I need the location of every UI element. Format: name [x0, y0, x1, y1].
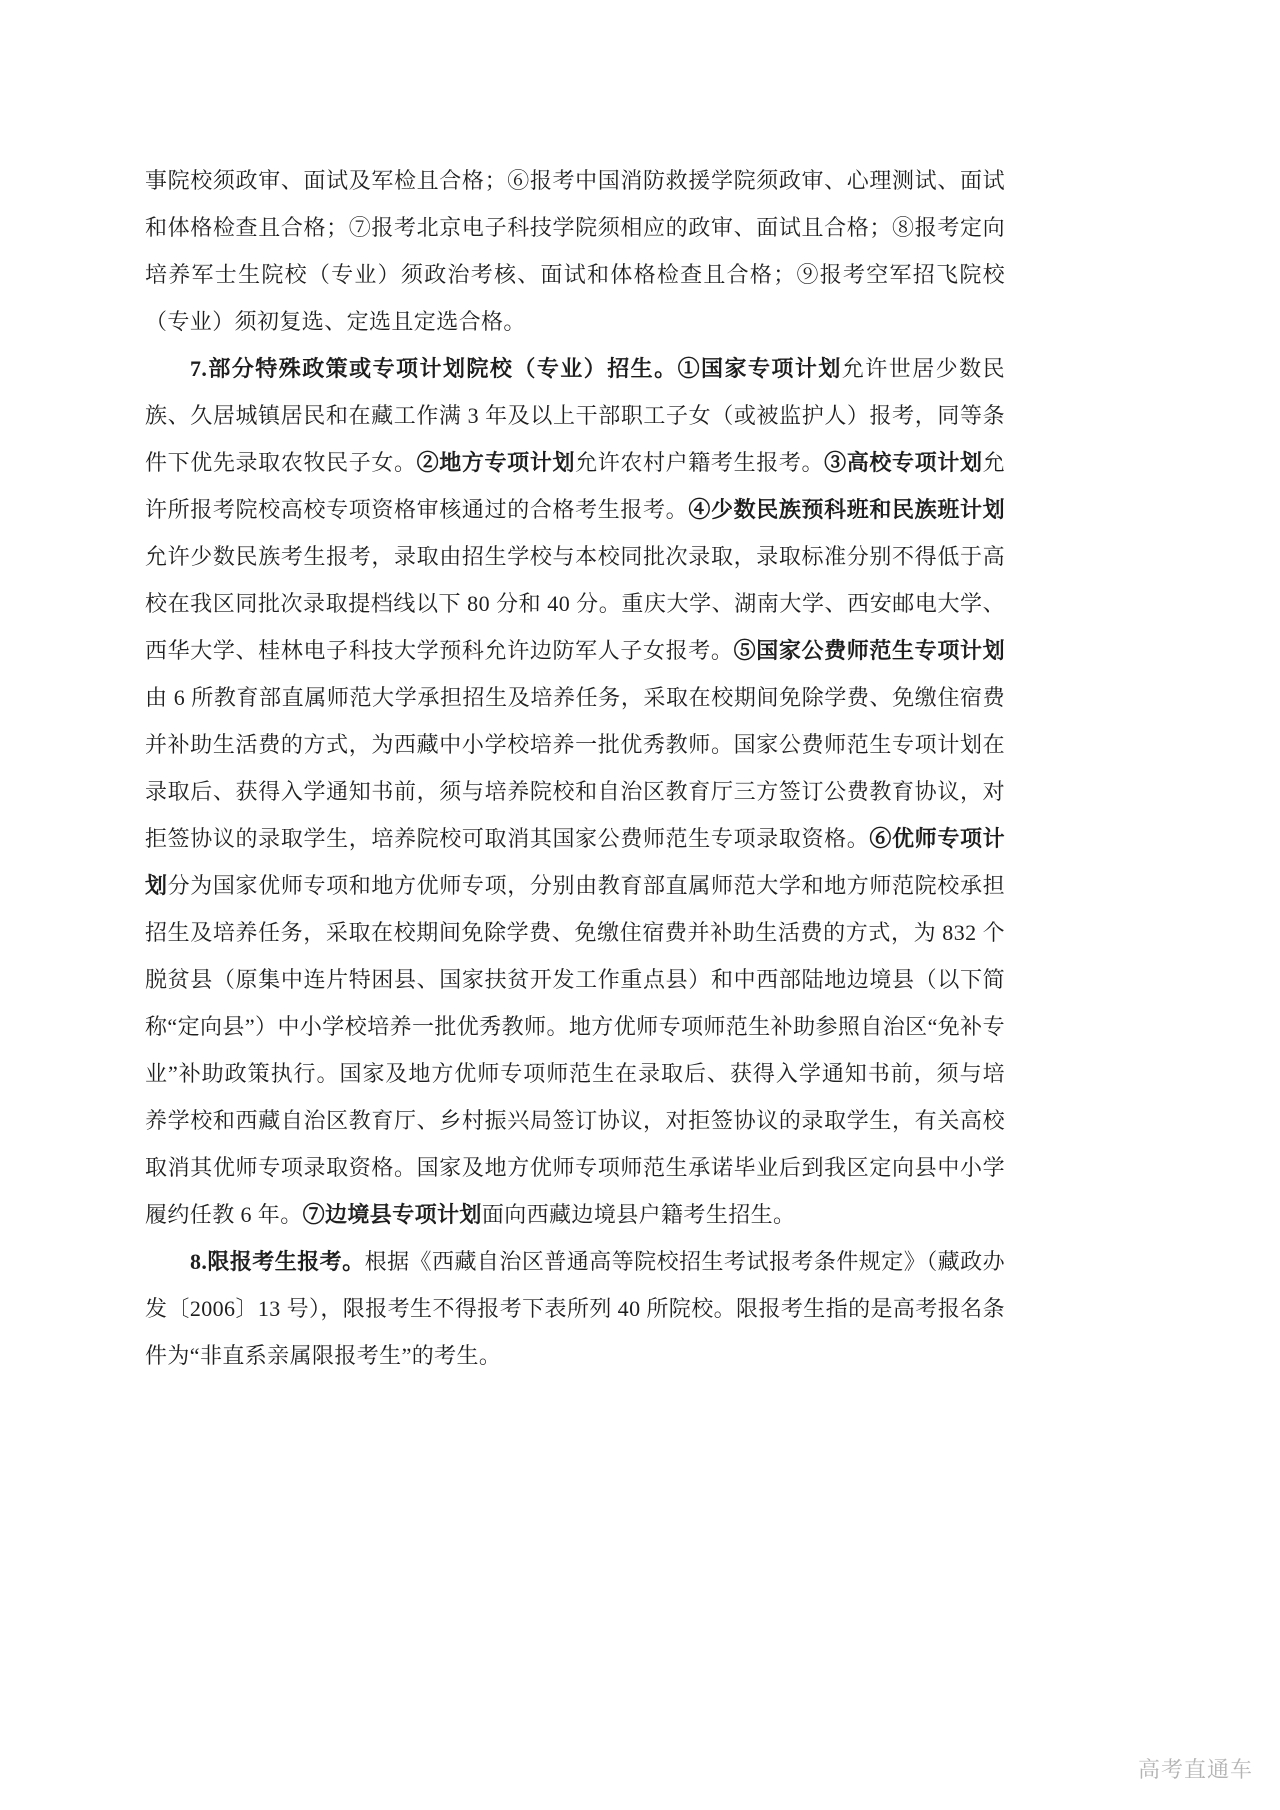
document-page: 事院校须政审、面试及军检且合格；⑥报考中国消防救援学院须政审、心理测试、面试和体… [0, 0, 1280, 1810]
bold-text-run: 8.限报考生报考。 [190, 1249, 365, 1274]
paragraph: 7.部分特殊政策或专项计划院校（专业）招生。①国家专项计划允许世居少数民族、久居… [145, 345, 1005, 1238]
text-run: 允许农村户籍考生报考。 [575, 450, 824, 475]
bold-text-run: ④少数民族预科班和民族班计划 [688, 497, 1005, 522]
bold-text-run: 7.部分特殊政策或专项计划院校（专业）招生。①国家专项计划 [190, 356, 842, 381]
bold-text-run: ②地方专项计划 [417, 450, 575, 475]
paragraph: 事院校须政审、面试及军检且合格；⑥报考中国消防救援学院须政审、心理测试、面试和体… [145, 157, 1005, 345]
text-run: 事院校须政审、面试及军检且合格；⑥报考中国消防救援学院须政审、心理测试、面试和体… [145, 168, 1005, 334]
bold-text-run: ⑦边境县专项计划 [303, 1202, 482, 1227]
document-body: 事院校须政审、面试及军检且合格；⑥报考中国消防救援学院须政审、心理测试、面试和体… [145, 157, 1005, 1379]
bold-text-run: ⑤国家公费师范生专项计划 [734, 638, 1005, 663]
watermark: 高考直通车 [1138, 1758, 1253, 1782]
paragraph: 8.限报考生报考。根据《西藏自治区普通高等院校招生考试报考条件规定》（藏政办发〔… [145, 1238, 1005, 1379]
bold-text-run: ③高校专项计划 [824, 450, 982, 475]
text-run: 面向西藏边境县户籍考生招生。 [482, 1202, 796, 1227]
text-run: 分为国家优师专项和地方优师专项，分别由教育部直属师范大学和地方师范院校承担招生及… [145, 873, 1005, 1227]
